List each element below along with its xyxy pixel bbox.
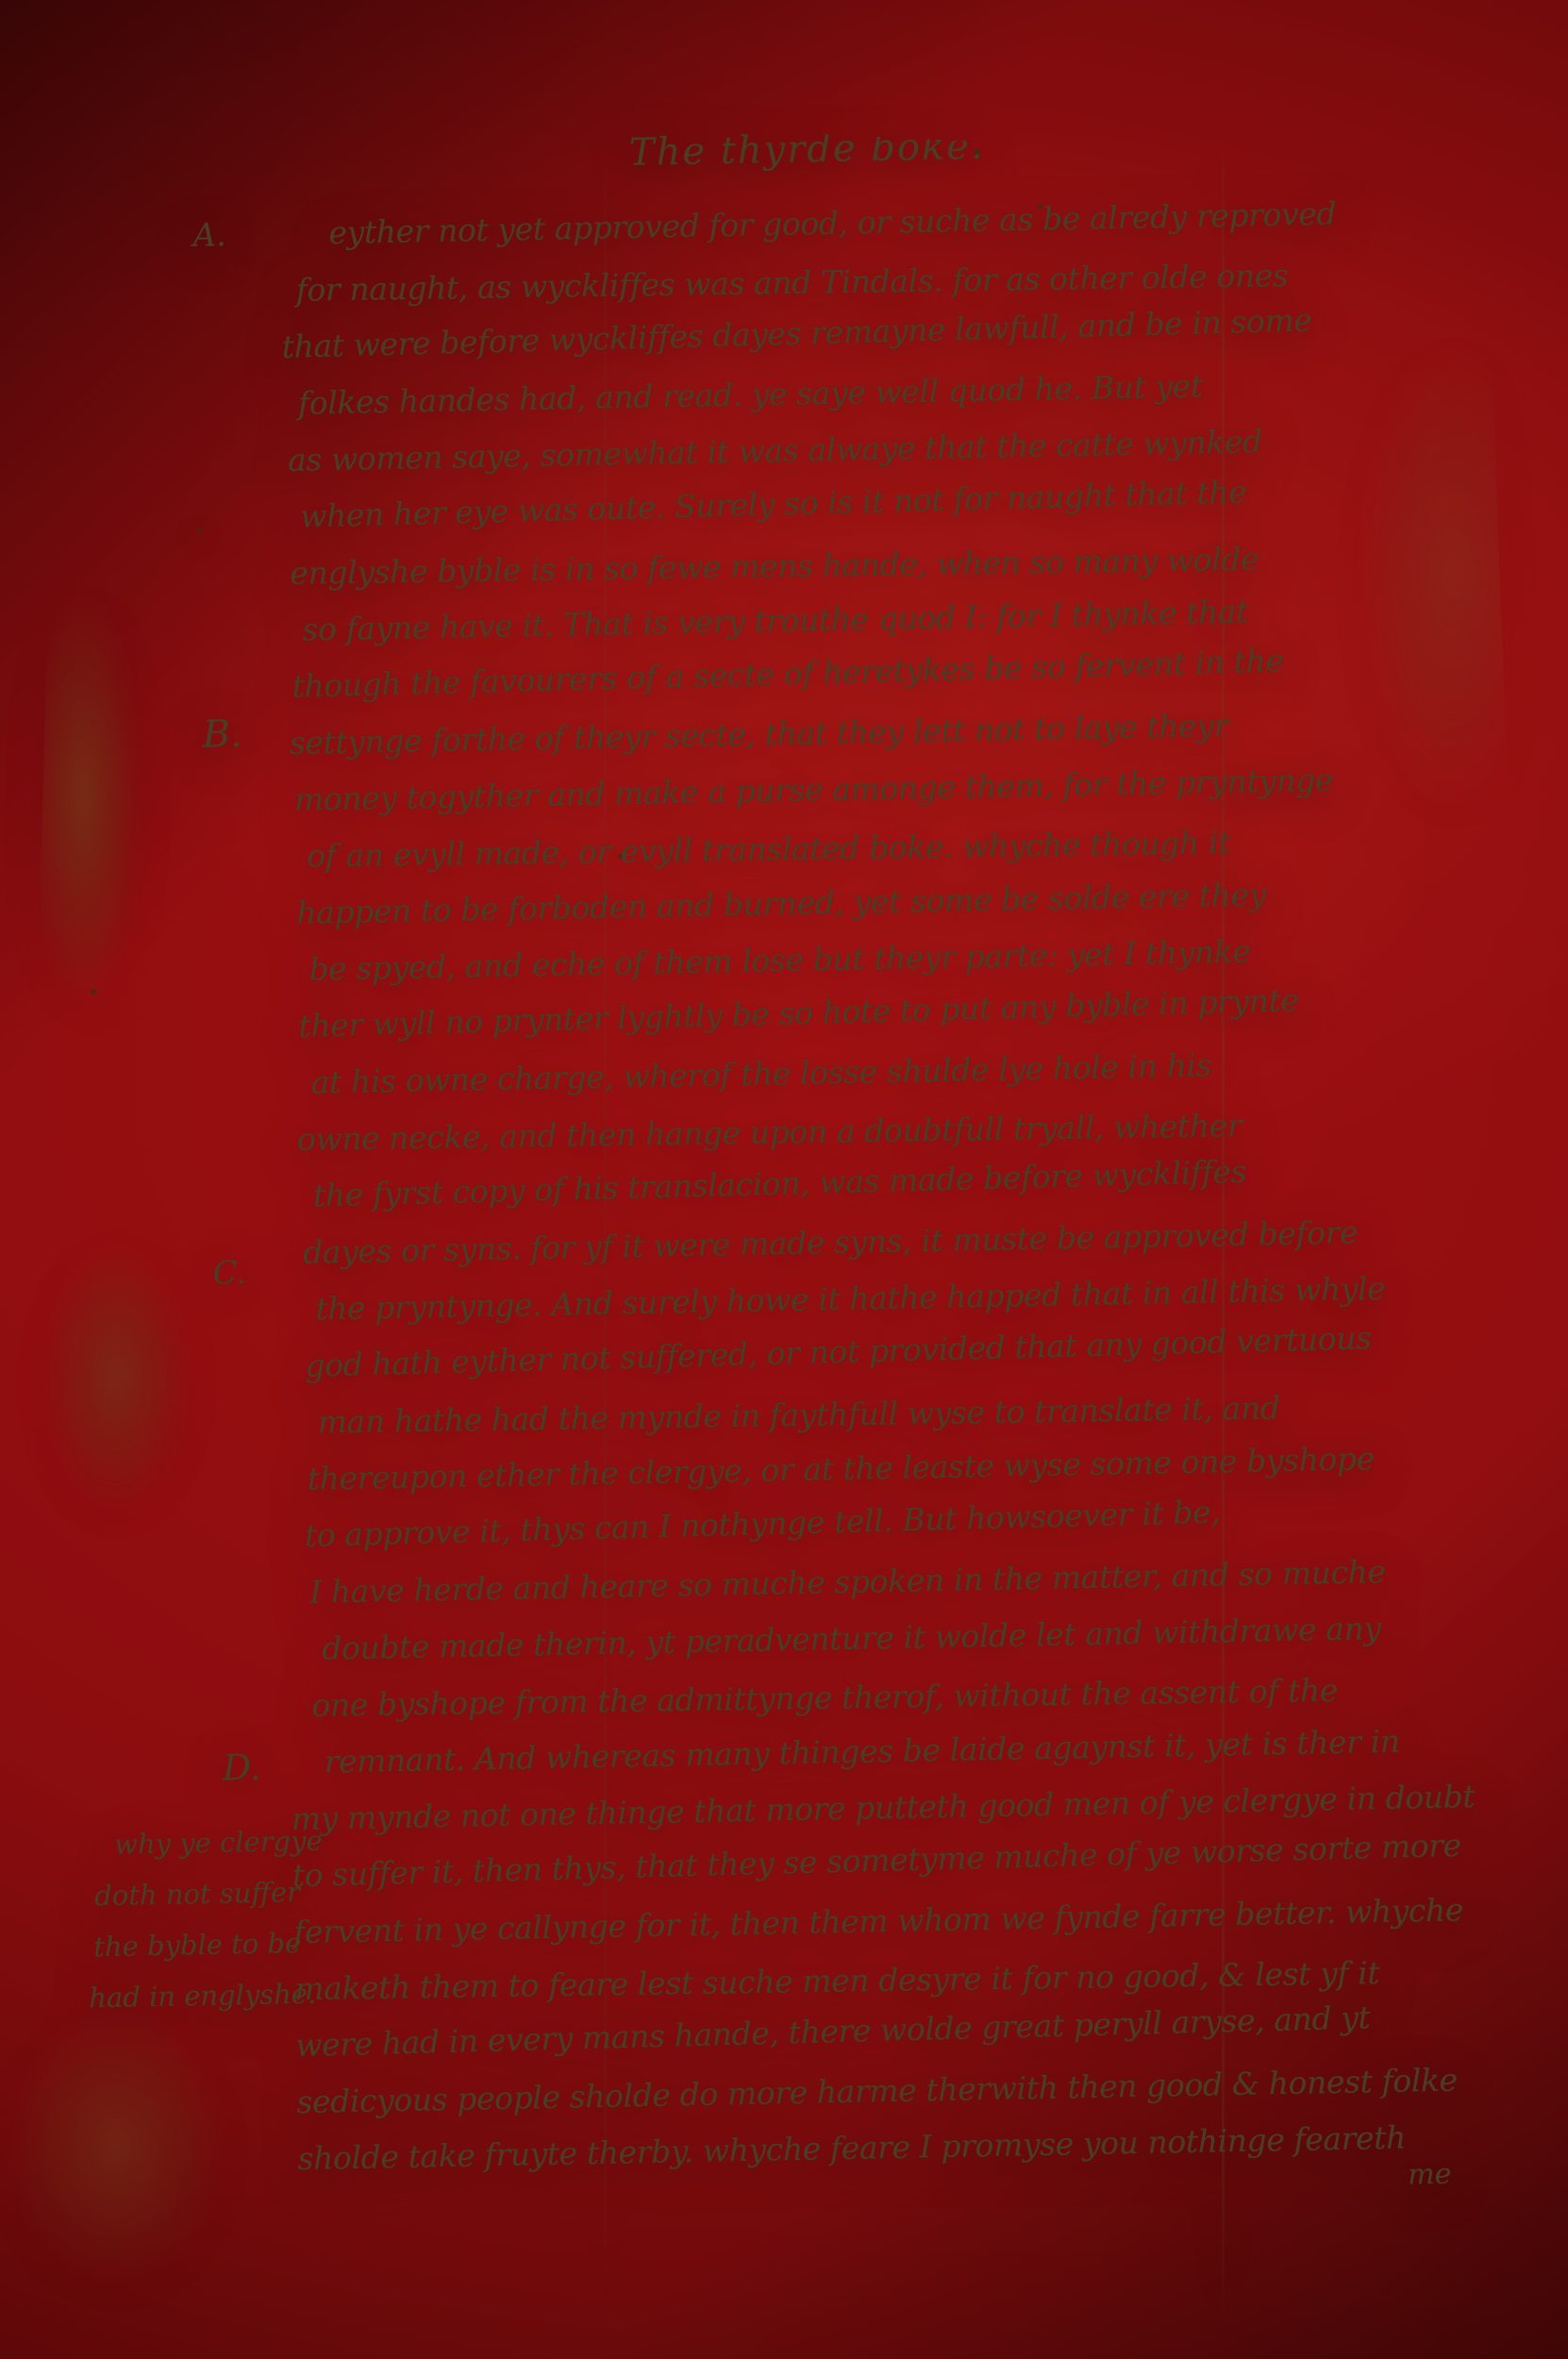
margin-letter-c: C. [212, 1254, 246, 1293]
catchword: me [1408, 2158, 1452, 2192]
ink-speck [91, 989, 96, 995]
ink-speck [198, 528, 202, 532]
manuscript-text: eyther not yet approved for good, or suc… [283, 191, 1568, 2196]
margin-note: why ye clergye doth not suffer the byble… [86, 1823, 401, 2033]
margin-note-line: the byble to be [93, 1925, 400, 1982]
page-heading: The thyrde boke. [628, 125, 985, 175]
margin-note-line: why ye clergye [114, 1823, 398, 1880]
margin-note-line: doth not suffer [94, 1874, 399, 1931]
margin-note-line: had in englyshe. [89, 1976, 401, 2033]
margin-letter-a: A. [192, 216, 226, 255]
foxing-stain [26, 594, 140, 1000]
margin-letter-d: D. [222, 1747, 261, 1789]
margin-letter-b: B. [202, 712, 242, 757]
paper-sheet: The thyrde boke. A. B. C. D. eyther not … [0, 0, 1568, 2359]
foxing-stain [8, 2010, 225, 2284]
foxing-stain [45, 1246, 187, 1510]
manuscript-photo: The thyrde boke. A. B. C. D. eyther not … [0, 0, 1568, 2359]
handwriting-block: The thyrde boke. A. B. C. D. eyther not … [283, 191, 1538, 215]
